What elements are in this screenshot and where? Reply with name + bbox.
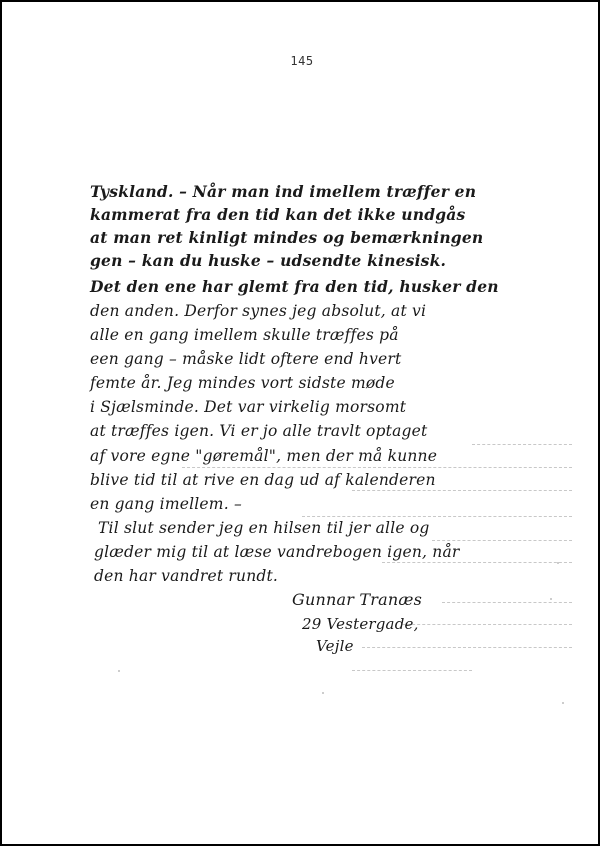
ruled-line	[352, 670, 472, 671]
letter-line: kammerat fra den tid kan det ikke undgås	[90, 205, 465, 225]
ruled-line	[302, 516, 572, 517]
ruled-line	[352, 490, 572, 491]
ruled-line	[362, 647, 572, 648]
letter-line: glæder mig til at læse vandrebogen igen,…	[94, 542, 460, 562]
letter-line: Det den ene har glemt fra den tid, huske…	[90, 277, 499, 297]
signature-name: Gunnar Tranæs	[292, 590, 422, 610]
scan-speck	[118, 670, 120, 672]
letter-line: at træffes igen. Vi er jo alle travlt op…	[90, 421, 427, 441]
signature-city: Vejle	[316, 636, 354, 656]
letter-line: femte år. Jeg mindes vort sidste møde	[90, 373, 395, 393]
ruled-line	[402, 624, 572, 625]
letter-line: gen – kan du huske – udsendte kinesisk.	[90, 251, 446, 271]
scan-speck	[562, 702, 564, 704]
letter-line: den anden. Derfor synes jeg absolut, at …	[90, 301, 426, 321]
letter-line: i Sjælsminde. Det var virkelig morsomt	[90, 397, 406, 417]
letter-line: alle en gang imellem skulle træffes på	[90, 325, 399, 345]
ruled-line	[472, 444, 572, 445]
page-number: 145	[2, 54, 600, 68]
signature-address: 29 Vestergade,	[302, 614, 419, 634]
scan-speck	[557, 562, 559, 564]
letter-line: Til slut sender jeg en hilsen til jer al…	[98, 518, 430, 538]
letter-line: den har vandret rundt.	[94, 566, 278, 586]
letter-line: blive tid til at rive en dag ud af kalen…	[90, 470, 436, 490]
scan-speck	[550, 598, 552, 600]
ruled-line	[182, 467, 572, 468]
ruled-line	[382, 562, 572, 563]
letter-line: en gang imellem. –	[90, 494, 242, 514]
ruled-line	[442, 602, 572, 603]
letter-line: at man ret kinligt mindes og bemærkninge…	[90, 228, 483, 248]
ruled-line	[432, 540, 572, 541]
letter-line: af vore egne "gøremål", men der må kunne	[90, 446, 437, 466]
letter-line: een gang – måske lidt oftere end hvert	[90, 349, 401, 369]
document-page: 145 Tyskland. – Når man ind imellem træf…	[0, 0, 600, 846]
letter-line: Tyskland. – Når man ind imellem træffer …	[90, 182, 476, 202]
scan-speck	[322, 692, 324, 694]
